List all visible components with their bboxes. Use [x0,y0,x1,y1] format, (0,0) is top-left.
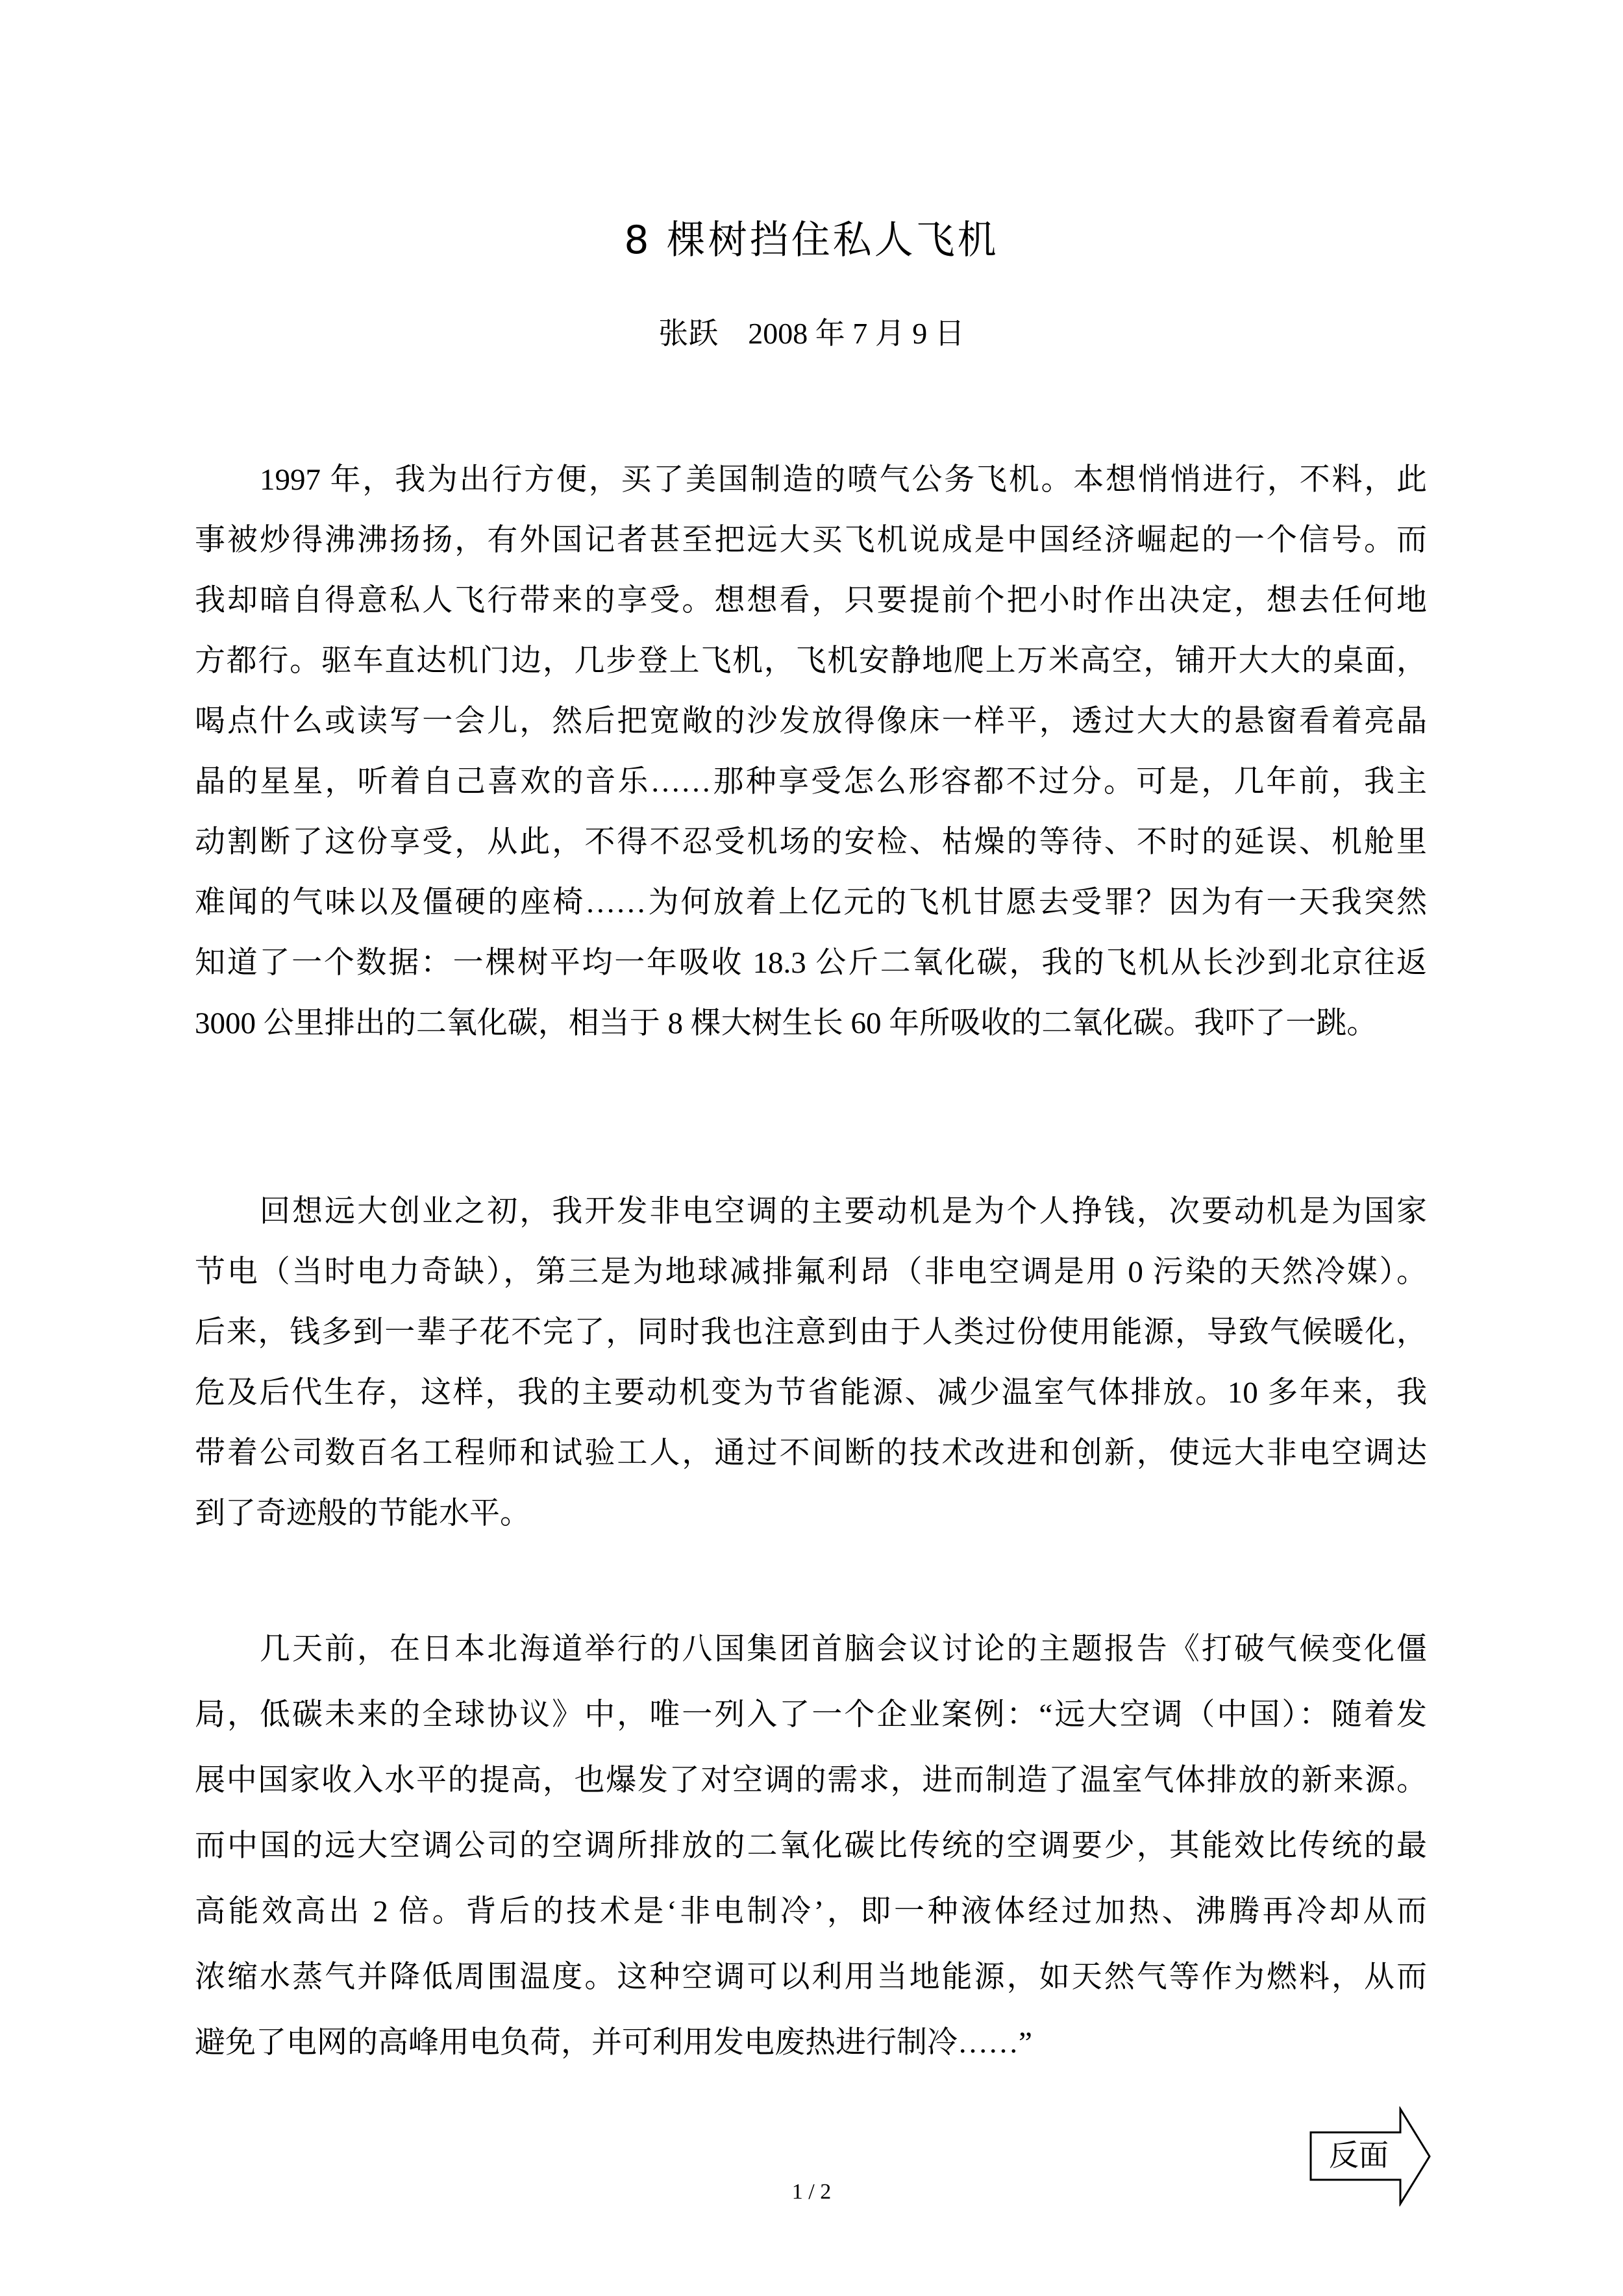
text-line: 危及后代生存，这样，我的主要动机变为节省能源、减少温室气体排放。10 多年来，我 [195,1363,1427,1423]
paragraph-2: 回想远大创业之初，我开发非电空调的主要动机是为个人挣钱，次要动机是为国家 节电（… [195,1182,1427,1544]
text-line: 3000 公里排出的二氧化碳，相当于 8 棵大树生长 60 年所吸收的二氧化碳。… [195,993,1427,1054]
text-line: 节电（当时电力奇缺），第三是为地球减排氟利昂（非电空调是用 0 污染的天然冷媒）… [195,1242,1427,1303]
page-number: 1 / 2 [0,2179,1623,2205]
author-date-byline: 张跃 2008 年 7 月 9 日 [0,313,1623,355]
text-line: 几天前，在日本北海道举行的八国集团首脑会议讨论的主题报告《打破气候变化僵 [195,1617,1427,1682]
text-line: 知道了一个数据：一棵树平均一年吸收 18.3 公斤二氧化碳，我的飞机从长沙到北京… [195,933,1427,993]
text-line: 方都行。驱车直达机门边，几步登上飞机，飞机安静地爬上万米高空，铺开大大的桌面， [195,631,1427,692]
text-line: 难闻的气味以及僵硬的座椅……为何放着上亿元的飞机甘愿去受罪？因为有一天我突然 [195,873,1427,933]
text-line: 动割断了这份享受，从此，不得不忍受机场的安检、枯燥的等待、不时的延误、机舱里 [195,812,1427,873]
next-page-label: 反面 [1316,2136,1402,2176]
text-line: 展中国家收入水平的提高，也爆发了对空调的需求，进而制造了温室气体排放的新来源。 [195,1748,1427,1814]
text-line: 局，低碳未来的全球协议》中，唯一列入了一个企业案例：“远大空调（中国）：随着发 [195,1682,1427,1748]
text-line: 晶的星星，听着自己喜欢的音乐……那种享受怎么形容都不过分。可是，几年前，我主 [195,752,1427,812]
text-line: 带着公司数百名工程师和试验工人，通过不间断的技术改进和创新，使远大非电空调达 [195,1423,1427,1484]
text-line: 事被炒得沸沸扬扬，有外国记者甚至把远大买飞机说成是中国经济崛起的一个信号。而 [195,510,1427,571]
text-line: 喝点什么或读写一会儿，然后把宽敞的沙发放得像床一样平，透过大大的悬窗看着亮晶 [195,692,1427,752]
text-line: 1997 年，我为出行方便，买了美国制造的喷气公务飞机。本想悄悄进行，不料，此 [195,450,1427,510]
text-line: 而中国的远大空调公司的空调所排放的二氧化碳比传统的空调要少，其能效比传统的最 [195,1814,1427,1879]
paragraph-3: 几天前，在日本北海道举行的八国集团首脑会议讨论的主题报告《打破气候变化僵 局，低… [195,1617,1427,2076]
text-line: 我却暗自得意私人飞行带来的享受。想想看，只要提前个把小时作出决定，想去任何地 [195,571,1427,631]
text-line: 高能效高出 2 倍。背后的技术是‘非电制冷’，即一种液体经过加热、沸腾再冷却从而 [195,1879,1427,1945]
text-line: 浓缩水蒸气并降低周围温度。这种空调可以利用当地能源，如天然气等作为燃料，从而 [195,1945,1427,2010]
text-line: 到了奇迹般的节能水平。 [195,1484,1427,1544]
document-title: 8 棵树挡住私人飞机 [0,214,1623,266]
paragraph-1: 1997 年，我为出行方便，买了美国制造的喷气公务飞机。本想悄悄进行，不料，此 … [195,450,1427,1054]
text-line: 后来，钱多到一辈子花不完了，同时我也注意到由于人类过份使用能源，导致气候暖化， [195,1303,1427,1363]
text-line: 避免了电网的高峰用电负荷，并可利用发电废热进行制冷……” [195,2010,1427,2076]
text-line: 回想远大创业之初，我开发非电空调的主要动机是为个人挣钱，次要动机是为国家 [195,1182,1427,1242]
